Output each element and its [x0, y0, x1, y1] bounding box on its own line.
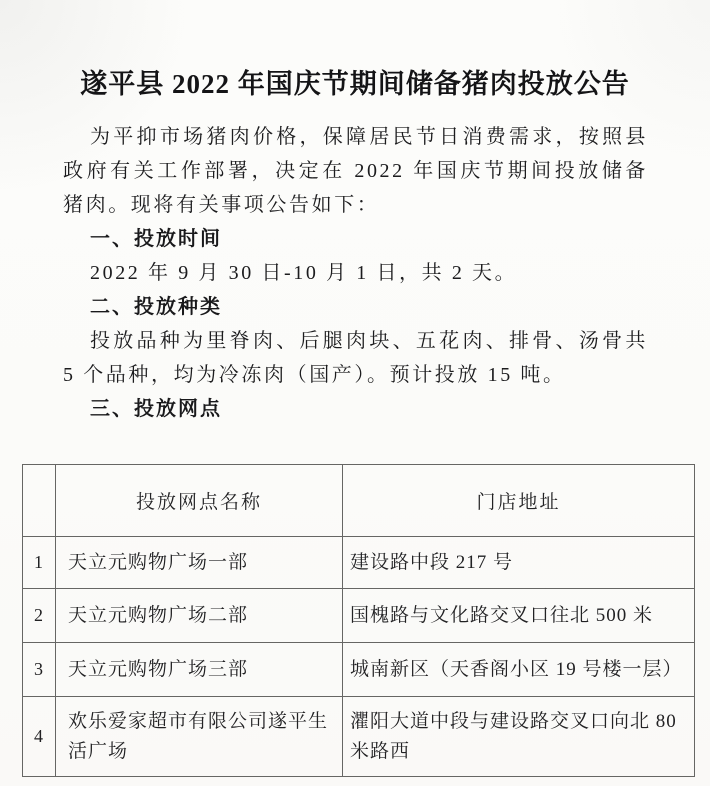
- section-2-heading: 二、投放种类: [63, 290, 648, 324]
- row-number: 4: [23, 697, 56, 777]
- header-cell-name: 投放网点名称: [56, 465, 343, 537]
- outlet-name: 欢乐爱家超市有限公司遂平生活广场: [56, 697, 343, 777]
- section-3-heading: 三、投放网点: [63, 392, 648, 426]
- outlet-address: 国槐路与文化路交叉口往北 500 米: [343, 589, 695, 643]
- header-cell-no: [23, 465, 56, 537]
- outlet-address: 城南新区（天香阁小区 19 号楼一层）: [343, 643, 695, 697]
- row-number: 1: [23, 537, 56, 589]
- page-title: 遂平县 2022 年国庆节期间储备猪肉投放公告: [0, 62, 710, 101]
- document-body: 为平抑市场猪肉价格，保障居民节日消费需求，按照县政府有关工作部署，决定在 202…: [63, 120, 648, 426]
- outlet-name: 天立元购物广场一部: [56, 537, 343, 589]
- intro-paragraph: 为平抑市场猪肉价格，保障居民节日消费需求，按照县政府有关工作部署，决定在 202…: [63, 120, 648, 222]
- table-row: 3 天立元购物广场三部 城南新区（天香阁小区 19 号楼一层）: [23, 643, 695, 697]
- row-number: 2: [23, 589, 56, 643]
- outlet-name: 天立元购物广场三部: [56, 643, 343, 697]
- header-cell-address: 门店地址: [343, 465, 695, 537]
- section-1-heading: 一、投放时间: [63, 222, 648, 256]
- table-row: 1 天立元购物广场一部 建设路中段 217 号: [23, 537, 695, 589]
- section-1-body: 2022 年 9 月 30 日-10 月 1 日，共 2 天。: [63, 256, 648, 290]
- outlets-table: 投放网点名称 门店地址 1 天立元购物广场一部 建设路中段 217 号 2 天立…: [22, 464, 695, 777]
- table-row: 4 欢乐爱家超市有限公司遂平生活广场 灈阳大道中段与建设路交叉口向北 80 米路…: [23, 697, 695, 777]
- outlet-address: 建设路中段 217 号: [343, 537, 695, 589]
- announcement-page: 遂平县 2022 年国庆节期间储备猪肉投放公告 为平抑市场猪肉价格，保障居民节日…: [0, 0, 710, 786]
- table-header-row: 投放网点名称 门店地址: [23, 465, 695, 537]
- section-2-body: 投放品种为里脊肉、后腿肉块、五花肉、排骨、汤骨共 5 个品种，均为冷冻肉（国产）…: [63, 324, 648, 392]
- outlet-name: 天立元购物广场二部: [56, 589, 343, 643]
- table-row: 2 天立元购物广场二部 国槐路与文化路交叉口往北 500 米: [23, 589, 695, 643]
- outlet-address: 灈阳大道中段与建设路交叉口向北 80 米路西: [343, 697, 695, 777]
- row-number: 3: [23, 643, 56, 697]
